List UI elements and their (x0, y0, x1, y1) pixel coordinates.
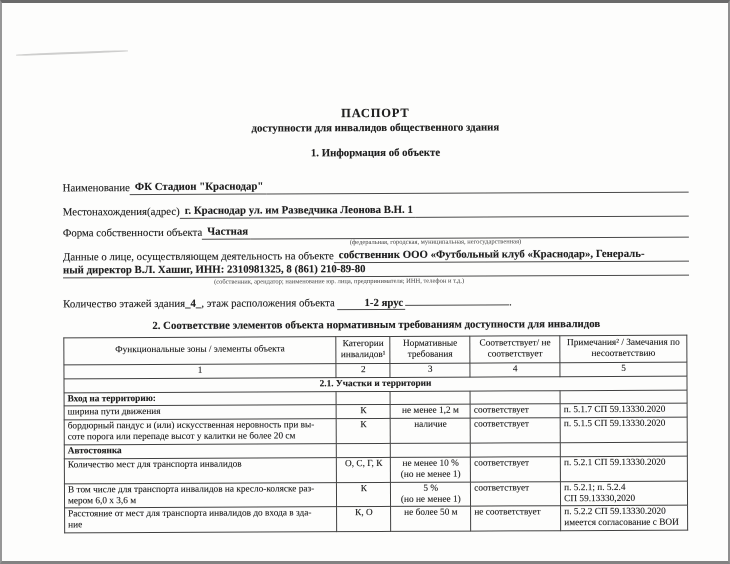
cell-category (336, 391, 390, 405)
cell-requirement (391, 443, 471, 457)
cell-zone: бордюрный пандус и (или) искусственная н… (64, 419, 336, 445)
cell-requirement (390, 391, 470, 405)
cell-requirement: 5 % (но не менее 1) (391, 482, 471, 507)
title-block: ПАСПОРТ доступности для инвалидов общест… (62, 2, 689, 136)
cell-compliance (470, 390, 560, 404)
column-number: 5 (560, 362, 687, 376)
cell-requirement: не менее 1,2 м (390, 404, 470, 418)
header-normative-requirements: Нормативные требования (390, 336, 470, 363)
entity-field-value-line2: ный директор В.Л. Хашиг, ИНН: 2310981325… (63, 263, 369, 278)
floors-field-label: Количество этажей здания (63, 298, 185, 311)
ownership-field-row: Форма собственности объекта Частная (63, 224, 689, 241)
cell-zone: Вход на территорию: (64, 391, 336, 406)
table-row: Расстояние от мест для транспорта инвали… (65, 506, 688, 533)
cell-note: п. 5.2.2 СП 59.13330.2020 имеется соглас… (561, 506, 688, 531)
floor-location-value: 1-2 ярус (337, 297, 405, 310)
column-number: 2 (336, 363, 390, 377)
cell-note: п. 5.1.7 СП 59.13330.2020 (560, 404, 687, 418)
table-row: В том числе для транспорта инвалидов на … (64, 481, 687, 508)
name-field-row: Наименование ФК Стадион "Краснодар" (63, 179, 689, 196)
table-header-row: Функциональные зоны / элементы объекта К… (64, 335, 687, 364)
scanned-document-page: ПАСПОРТ доступности для инвалидов общест… (0, 0, 730, 564)
section1-title: 1. Информация об объекте (62, 146, 688, 161)
floor-location-label: , этаж расположения объекта (201, 297, 335, 310)
ownership-field-value: Частная (202, 226, 251, 240)
column-number: 4 (470, 362, 560, 376)
table-row: Количество мест для транспорта инвалидов… (64, 456, 687, 483)
header-notes: Примечания² / Замечания по несоответстви… (560, 335, 687, 362)
cell-compliance: соответствует (471, 481, 561, 506)
cell-compliance (471, 443, 561, 457)
address-field-value: г. Краснодар ул. им Разведчика Леонова В… (180, 204, 416, 219)
cell-compliance: соответствует (470, 404, 560, 418)
column-number: 3 (390, 363, 470, 377)
cell-note (560, 390, 687, 404)
entity-field-value-line1: собственник ООО «Футбольный клуб «Красно… (334, 248, 689, 264)
cell-requirement: наличие (390, 418, 470, 443)
cell-zone: Расстояние от мест для транспорта инвали… (65, 507, 337, 533)
page-subtitle: доступности для инвалидов общественного … (62, 121, 688, 136)
header-functional-zones: Функциональные зоны / элементы объекта (64, 337, 336, 365)
cell-category: О, С, Г, К (337, 457, 391, 482)
cell-category: К, О (337, 507, 391, 532)
cell-category (337, 443, 391, 457)
floors-line-period: . (509, 296, 512, 308)
header-compliance: Соответствует/ не соответствует (470, 336, 560, 363)
cell-category: К (336, 405, 390, 419)
cell-compliance: не соответствует (471, 506, 561, 531)
page-title: ПАСПОРТ (62, 105, 688, 123)
cell-category: К (337, 419, 391, 444)
name-field-value: ФК Стадион "Краснодар" (130, 180, 267, 195)
name-field-label: Наименование (63, 182, 130, 195)
floor-location-rule (405, 304, 509, 305)
section2-title: 2. Соответствие элементов объекта нормат… (63, 318, 689, 333)
address-field-row: Местонахождения(адрес) г. Краснодар ул. … (63, 203, 689, 220)
cell-note: п. 5.2.1 СП 59.13330.2020 (560, 456, 687, 481)
cell-zone: Автостоянка (64, 444, 336, 459)
cell-note: п. 5.1.5 СП 59.13330.2020 (560, 417, 687, 442)
cell-zone: ширина пути движения (64, 405, 336, 420)
cell-note: п. 5.2.1; п. 5.2.4 СП 59.13330,2020 (561, 481, 688, 506)
ownership-hint: (федеральная, городская, муниципальная, … (350, 238, 689, 247)
accessibility-table: Функциональные зоны / элементы объекта К… (63, 335, 688, 534)
cell-requirement: не более 50 м (391, 506, 471, 531)
floors-field-row: Количество этажей здания_4_, этаж распол… (63, 296, 689, 312)
floors-count-value: _4_ (185, 298, 201, 310)
cell-category: К (337, 482, 391, 507)
cell-zone: Количество мест для транспорта инвалидов (64, 458, 336, 484)
cell-note (560, 442, 687, 456)
header-disability-categories: Категории инвалидов¹ (336, 336, 390, 363)
document-content: ПАСПОРТ доступности для инвалидов общест… (62, 2, 690, 534)
name-field-rule (266, 191, 688, 195)
entity-hint: (собственник, арендатор; наименование юр… (214, 277, 689, 287)
entity-field-row-1: Данные о лице, осуществляющем деятельнос… (63, 248, 689, 265)
cell-requirement: не менее 10 % (но не менее 1) (391, 457, 471, 482)
address-field-rule (416, 215, 689, 218)
cell-zone: В том числе для транспорта инвалидов на … (64, 482, 336, 508)
cell-compliance: соответствует (470, 418, 560, 443)
column-number: 1 (64, 363, 336, 378)
address-field-label: Местонахождения(адрес) (63, 206, 180, 220)
table-row: бордюрный пандус и (или) искусственная н… (64, 417, 687, 444)
cell-compliance: соответствует (471, 457, 561, 482)
entity-field-row-2: ный директор В.Л. Хашиг, ИНН: 2310981325… (63, 262, 689, 279)
entity-field-label: Данные о лице, осуществляющем деятельнос… (63, 250, 334, 264)
ownership-field-label: Форма собственности объекта (63, 227, 202, 241)
